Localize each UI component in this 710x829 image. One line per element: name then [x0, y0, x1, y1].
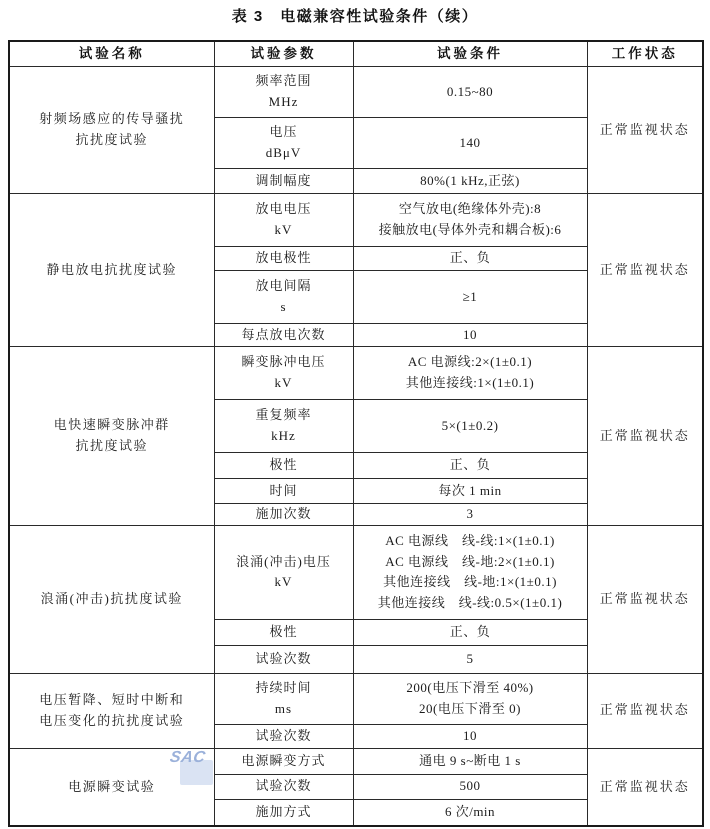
- test-condition-cell-line: 正、负: [356, 455, 585, 476]
- test-param-cell: 极性: [214, 619, 353, 645]
- test-condition-cell: 5×(1±0.2): [353, 400, 587, 453]
- test-condition-cell: 140: [353, 118, 587, 169]
- document-page: 表 3 电磁兼容性试验条件（续） 试验名称试验参数试验条件工作状态射频场感应的传…: [0, 0, 710, 829]
- test-param-cell-line: 电压: [217, 122, 351, 143]
- working-status-cell: 正常监视状态: [587, 525, 703, 673]
- test-param-cell-line: 试验次数: [217, 649, 351, 670]
- test-condition-cell: 正、负: [353, 619, 587, 645]
- test-condition-cell-line: 其他连接线 线-线:0.5×(1±0.1): [356, 593, 585, 614]
- test-condition-cell-line: 10: [356, 325, 585, 346]
- test-condition-cell: 10: [353, 724, 587, 748]
- test-condition-cell: 通电 9 s~断电 1 s: [353, 748, 587, 774]
- emc-test-conditions-table: 试验名称试验参数试验条件工作状态射频场感应的传导骚扰抗扰度试验频率范围MHz0.…: [8, 40, 704, 827]
- test-name-cell: 电快速瞬变脉冲群抗扰度试验: [9, 347, 214, 526]
- test-param-cell-line: 瞬变脉冲电压: [217, 352, 351, 373]
- test-name-cell-line: 静电放电抗扰度试验: [12, 260, 212, 281]
- test-condition-cell-line: 20(电压下滑至 0): [356, 699, 585, 720]
- test-param-cell-line: 电源瞬变方式: [217, 751, 351, 772]
- test-param-cell: 极性: [214, 453, 353, 479]
- test-condition-cell-line: 0.15~80: [356, 82, 585, 103]
- test-condition-cell: 空气放电(绝缘体外壳):8接触放电(导体外壳和耦合板):6: [353, 194, 587, 247]
- test-param-cell-line: MHz: [217, 92, 351, 113]
- test-param-cell: 电源瞬变方式: [214, 748, 353, 774]
- test-param-cell: 放电间隔s: [214, 271, 353, 324]
- working-status-cell: 正常监视状态: [587, 748, 703, 826]
- test-condition-cell: AC 电源线 线-线:1×(1±0.1)AC 电源线 线-地:2×(1±0.1)…: [353, 525, 587, 619]
- working-status-cell-line: 正常监视状态: [590, 589, 701, 610]
- test-condition-cell-line: ≥1: [356, 287, 585, 308]
- test-name-cell: 静电放电抗扰度试验: [9, 194, 214, 347]
- test-param-cell-line: 放电间隔: [217, 276, 351, 297]
- table-row: 静电放电抗扰度试验放电电压kV空气放电(绝缘体外壳):8接触放电(导体外壳和耦合…: [9, 194, 703, 247]
- test-param-cell-line: 频率范围: [217, 71, 351, 92]
- test-condition-cell-line: 其他连接线:1×(1±0.1): [356, 373, 585, 394]
- test-param-cell-line: dBμV: [217, 143, 351, 164]
- test-param-cell: 电压dBμV: [214, 118, 353, 169]
- test-condition-cell-line: 80%(1 kHz,正弦): [356, 171, 585, 192]
- test-param-cell: 瞬变脉冲电压kV: [214, 347, 353, 400]
- working-status-cell-line: 正常监视状态: [590, 120, 701, 141]
- test-param-cell-line: s: [217, 297, 351, 318]
- test-condition-cell: 500: [353, 774, 587, 799]
- test-condition-cell-line: AC 电源线 线-线:1×(1±0.1): [356, 531, 585, 552]
- test-param-cell-line: 施加次数: [217, 504, 351, 525]
- working-status-cell-line: 正常监视状态: [590, 426, 701, 447]
- test-param-cell-line: kHz: [217, 426, 351, 447]
- test-condition-cell-line: AC 电源线 线-地:2×(1±0.1): [356, 552, 585, 573]
- test-condition-cell-line: AC 电源线:2×(1±0.1): [356, 352, 585, 373]
- table-row: 浪涌(冲击)抗扰度试验浪涌(冲击)电压kVAC 电源线 线-线:1×(1±0.1…: [9, 525, 703, 619]
- test-name-cell-line: 抗扰度试验: [12, 436, 212, 457]
- test-condition-cell-line: 10: [356, 726, 585, 747]
- test-condition-cell: 正、负: [353, 247, 587, 271]
- test-condition-cell-line: 每次 1 min: [356, 481, 585, 502]
- test-condition-cell: 200(电压下滑至 40%)20(电压下滑至 0): [353, 673, 587, 724]
- test-param-cell: 时间: [214, 479, 353, 504]
- test-condition-cell: 80%(1 kHz,正弦): [353, 169, 587, 194]
- test-name-cell-line: 浪涌(冲击)抗扰度试验: [12, 589, 212, 610]
- test-param-cell-line: 持续时间: [217, 678, 351, 699]
- working-status-cell-line: 正常监视状态: [590, 700, 701, 721]
- test-condition-cell: 10: [353, 324, 587, 347]
- test-param-cell: 每点放电次数: [214, 324, 353, 347]
- test-condition-cell: 每次 1 min: [353, 479, 587, 504]
- test-name-cell: 电源瞬变试验: [9, 748, 214, 826]
- test-param-cell-line: 浪涌(冲击)电压: [217, 552, 351, 573]
- test-param-cell-line: 放电电压: [217, 199, 351, 220]
- test-param-cell: 频率范围MHz: [214, 67, 353, 118]
- test-condition-cell-line: 正、负: [356, 248, 585, 269]
- test-condition-cell-line: 5×(1±0.2): [356, 416, 585, 437]
- test-param-cell-line: 每点放电次数: [217, 325, 351, 346]
- test-name-cell: 电压暂降、短时中断和电压变化的抗扰度试验: [9, 673, 214, 748]
- column-header-0: 试验名称: [9, 41, 214, 67]
- test-condition-cell: 6 次/min: [353, 799, 587, 826]
- table-row: 电快速瞬变脉冲群抗扰度试验瞬变脉冲电压kVAC 电源线:2×(1±0.1)其他连…: [9, 347, 703, 400]
- test-param-cell: 持续时间ms: [214, 673, 353, 724]
- test-condition-cell-line: 接触放电(导体外壳和耦合板):6: [356, 220, 585, 241]
- test-param-cell: 放电电压kV: [214, 194, 353, 247]
- test-condition-cell: 正、负: [353, 453, 587, 479]
- test-name-cell-line: 抗扰度试验: [12, 130, 212, 151]
- test-condition-cell-line: 正、负: [356, 622, 585, 643]
- test-param-cell-line: 放电极性: [217, 248, 351, 269]
- test-param-cell-line: 极性: [217, 622, 351, 643]
- test-param-cell-line: 极性: [217, 455, 351, 476]
- test-param-cell-line: 试验次数: [217, 776, 351, 797]
- test-condition-cell-line: 200(电压下滑至 40%): [356, 678, 585, 699]
- test-param-cell-line: kV: [217, 373, 351, 394]
- test-condition-cell: 5: [353, 645, 587, 673]
- table-row: 电压暂降、短时中断和电压变化的抗扰度试验持续时间ms200(电压下滑至 40%)…: [9, 673, 703, 724]
- working-status-cell-line: 正常监视状态: [590, 260, 701, 281]
- test-param-cell: 浪涌(冲击)电压kV: [214, 525, 353, 619]
- test-param-cell: 施加方式: [214, 799, 353, 826]
- test-name-cell-line: 电压暂降、短时中断和: [12, 690, 212, 711]
- test-condition-cell-line: 通电 9 s~断电 1 s: [356, 751, 585, 772]
- test-condition-cell-line: 3: [356, 504, 585, 525]
- test-param-cell: 试验次数: [214, 645, 353, 673]
- test-condition-cell-line: 空气放电(绝缘体外壳):8: [356, 199, 585, 220]
- test-name-cell-line: 电快速瞬变脉冲群: [12, 415, 212, 436]
- test-condition-cell-line: 500: [356, 776, 585, 797]
- test-param-cell-line: kV: [217, 572, 351, 593]
- test-param-cell-line: 重复频率: [217, 405, 351, 426]
- test-condition-cell: ≥1: [353, 271, 587, 324]
- working-status-cell: 正常监视状态: [587, 347, 703, 526]
- working-status-cell-line: 正常监视状态: [590, 777, 701, 798]
- test-condition-cell: AC 电源线:2×(1±0.1)其他连接线:1×(1±0.1): [353, 347, 587, 400]
- test-condition-cell-line: 140: [356, 133, 585, 154]
- working-status-cell: 正常监视状态: [587, 673, 703, 748]
- column-header-2: 试验条件: [353, 41, 587, 67]
- test-condition-cell-line: 6 次/min: [356, 802, 585, 823]
- test-param-cell-line: 时间: [217, 481, 351, 502]
- column-header-1: 试验参数: [214, 41, 353, 67]
- table-row: 射频场感应的传导骚扰抗扰度试验频率范围MHz0.15~80正常监视状态: [9, 67, 703, 118]
- test-condition-cell: 3: [353, 504, 587, 526]
- test-param-cell: 放电极性: [214, 247, 353, 271]
- table-row: 电源瞬变试验电源瞬变方式通电 9 s~断电 1 s正常监视状态: [9, 748, 703, 774]
- table-title: 表 3 电磁兼容性试验条件（续）: [0, 5, 710, 26]
- test-param-cell-line: 调制幅度: [217, 171, 351, 192]
- test-param-cell: 试验次数: [214, 724, 353, 748]
- working-status-cell: 正常监视状态: [587, 67, 703, 194]
- test-param-cell: 调制幅度: [214, 169, 353, 194]
- column-header-3: 工作状态: [587, 41, 703, 67]
- test-param-cell-line: kV: [217, 220, 351, 241]
- test-param-cell-line: 试验次数: [217, 726, 351, 747]
- test-param-cell-line: ms: [217, 699, 351, 720]
- test-name-cell: 浪涌(冲击)抗扰度试验: [9, 525, 214, 673]
- test-param-cell: 重复频率kHz: [214, 400, 353, 453]
- test-condition-cell-line: 其他连接线 线-地:1×(1±0.1): [356, 572, 585, 593]
- test-name-cell-line: 射频场感应的传导骚扰: [12, 109, 212, 130]
- test-param-cell-line: 施加方式: [217, 802, 351, 823]
- test-name-cell-line: 电源瞬变试验: [12, 777, 212, 798]
- test-condition-cell-line: 5: [356, 649, 585, 670]
- test-name-cell: 射频场感应的传导骚扰抗扰度试验: [9, 67, 214, 194]
- test-condition-cell: 0.15~80: [353, 67, 587, 118]
- working-status-cell: 正常监视状态: [587, 194, 703, 347]
- test-name-cell-line: 电压变化的抗扰度试验: [12, 711, 212, 732]
- test-param-cell: 试验次数: [214, 774, 353, 799]
- test-param-cell: 施加次数: [214, 504, 353, 526]
- header-row: 试验名称试验参数试验条件工作状态: [9, 41, 703, 67]
